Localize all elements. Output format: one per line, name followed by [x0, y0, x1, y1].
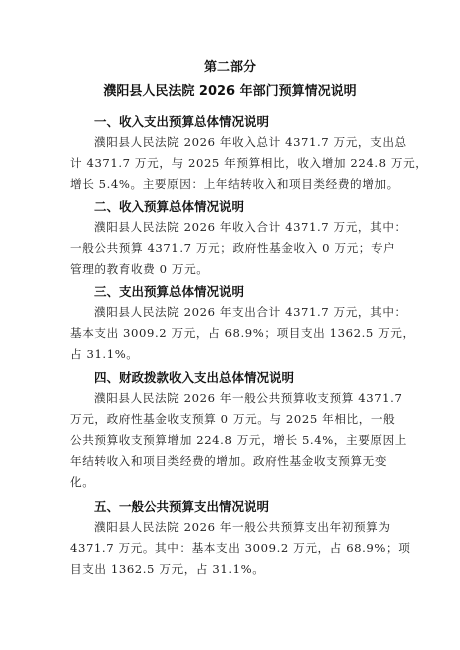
section-heading: 五、一般公共预算支出情况说明 [70, 497, 415, 517]
paragraph-line: 濮阳县人民法院 2026 年一般公共预算收支预算 4371.7 [70, 388, 415, 409]
section-income-expenditure-overview: 一、收入支出预算总体情况说明 濮阳县人民法院 2026 年收入总计 4371.7… [70, 112, 415, 195]
document-page: 第二部分 濮阳县人民法院 2026 年部门预算情况说明 一、收入支出预算总体情况… [0, 0, 460, 650]
paragraph-line: 增长 5.4%。主要原因：上年结转收入和项目类经费的增加。 [70, 174, 415, 195]
paragraph-line: 化。 [70, 472, 415, 493]
main-title: 濮阳县人民法院 2026 年部门预算情况说明 [0, 80, 460, 99]
paragraph-line: 万元，政府性基金收支预算 0 万元。与 2025 年相比，一般 [70, 409, 415, 430]
paragraph-line: 年结转收入和项目类经费的增加。政府性基金收支预算无变 [70, 451, 415, 472]
paragraph-line: 公共预算收支预算增加 224.8 万元，增长 5.4%，主要原因上 [70, 430, 415, 451]
paragraph-line: 目支出 1362.5 万元，占 31.1%。 [70, 559, 415, 580]
section-heading: 一、收入支出预算总体情况说明 [70, 112, 415, 132]
paragraph-line: 濮阳县人民法院 2026 年收入总计 4371.7 万元，支出总 [70, 132, 415, 153]
paragraph-line: 濮阳县人民法院 2026 年一般公共预算支出年初预算为 [70, 517, 415, 538]
section-heading: 二、收入预算总体情况说明 [70, 197, 415, 217]
part-title: 第二部分 [0, 56, 460, 75]
section-general-public-budget-expenditure: 五、一般公共预算支出情况说明 濮阳县人民法院 2026 年一般公共预算支出年初预… [70, 497, 415, 580]
section-income-budget-overview: 二、收入预算总体情况说明 濮阳县人民法院 2026 年收入合计 4371.7 万… [70, 197, 415, 280]
paragraph-line: 4371.7 万元。其中：基本支出 3009.2 万元，占 68.9%；项 [70, 538, 415, 559]
paragraph-line: 基本支出 3009.2 万元，占 68.9%；项目支出 1362.5 万元， [70, 323, 415, 344]
paragraph-line: 濮阳县人民法院 2026 年收入合计 4371.7 万元，其中： [70, 217, 415, 238]
paragraph-line: 计 4371.7 万元，与 2025 年预算相比，收入增加 224.8 万元， [70, 153, 415, 174]
paragraph-line: 管理的教育收费 0 万元。 [70, 259, 415, 280]
section-heading: 三、支出预算总体情况说明 [70, 282, 415, 302]
section-expenditure-budget-overview: 三、支出预算总体情况说明 濮阳县人民法院 2026 年支出合计 4371.7 万… [70, 282, 415, 365]
section-fiscal-appropriation-overview: 四、财政拨款收入支出总体情况说明 濮阳县人民法院 2026 年一般公共预算收支预… [70, 368, 415, 493]
paragraph-line: 一般公共预算 4371.7 万元；政府性基金收入 0 万元；专户 [70, 238, 415, 259]
paragraph-line: 占 31.1%。 [70, 344, 415, 365]
section-heading: 四、财政拨款收入支出总体情况说明 [70, 368, 415, 388]
paragraph-line: 濮阳县人民法院 2026 年支出合计 4371.7 万元，其中： [70, 302, 415, 323]
